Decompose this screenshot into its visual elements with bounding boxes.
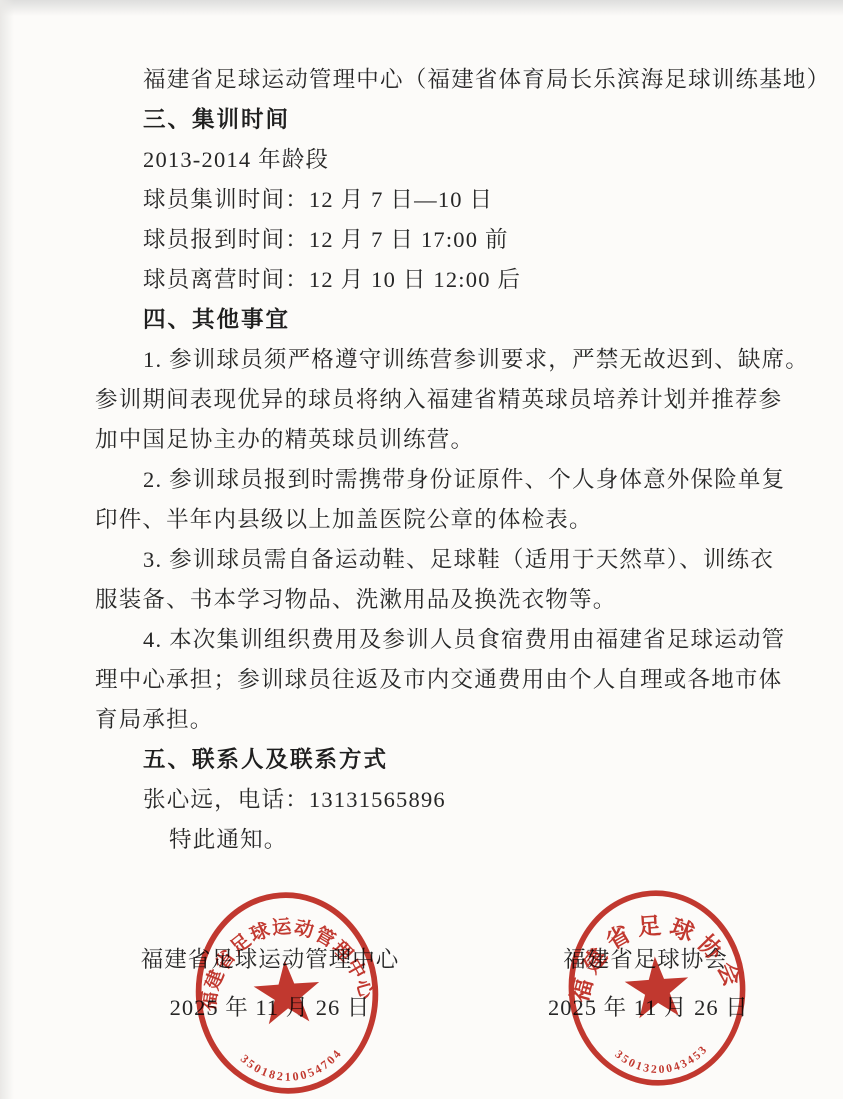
checkin-time-line: 球员报到时间：12 月 7 日 17:00 前 <box>95 220 771 260</box>
document-page: { "colors": { "seal_red": "#c02a20", "in… <box>0 0 843 1099</box>
age-group-line: 2013-2014 年龄段 <box>95 140 771 180</box>
section-heading-3: 三、集训时间 <box>95 100 771 140</box>
seal-star-icon <box>623 954 691 1019</box>
seal-star-icon <box>252 958 322 1025</box>
camp-time-line: 球员集训时间：12 月 7 日—10 日 <box>95 180 771 220</box>
scan-shading-top <box>0 0 843 16</box>
official-seal-right: 福建省足球协会 3501320043453 <box>557 878 757 1098</box>
item2-line: 印件、半年内县级以上加盖医院公章的体检表。 <box>95 500 771 540</box>
item1-line: 参训期间表现优异的球员将纳入福建省精英球员培养计划并推荐参 <box>95 380 771 420</box>
item4-line: 理中心承担；参训球员往返及市内交通费用由个人自理或各地市体 <box>95 660 771 700</box>
section-heading-4: 四、其他事宜 <box>95 300 771 340</box>
item4-line: 育局承担。 <box>95 700 771 740</box>
contact-line: 张心远，电话：13131565896 <box>95 780 771 820</box>
item4-line: 4. 本次集训组织费用及参训人员食宿费用由福建省足球运动管 <box>95 620 771 660</box>
item2-line: 2. 参训球员报到时需携带身份证原件、个人身体意外保险单复 <box>95 460 771 500</box>
section-heading-5: 五、联系人及联系方式 <box>95 740 771 780</box>
scan-shading-left <box>0 0 14 1099</box>
closing-line: 特此通知。 <box>95 820 771 860</box>
venue-line: 福建省足球运动管理中心（福建省体育局长乐滨海足球训练基地） <box>95 60 771 100</box>
notice-body: 福建省足球运动管理中心（福建省体育局长乐滨海足球训练基地） 三、集训时间 201… <box>95 60 771 860</box>
item1-line: 加中国足协主办的精英球员训练营。 <box>95 420 771 460</box>
item3-line: 3. 参训球员需自备运动鞋、足球鞋（适用于天然草）、训练衣 <box>95 540 771 580</box>
item3-line: 服装备、书本学习物品、洗漱用品及换洗衣物等。 <box>95 580 771 620</box>
item1-line: 1. 参训球员须严格遵守训练营参训要求，严禁无故迟到、缺席。 <box>95 340 771 380</box>
official-seal-left: 福建省足球运动管理中心 35018210054704 <box>184 880 390 1099</box>
checkout-time-line: 球员离营时间：12 月 10 日 12:00 后 <box>95 260 771 300</box>
